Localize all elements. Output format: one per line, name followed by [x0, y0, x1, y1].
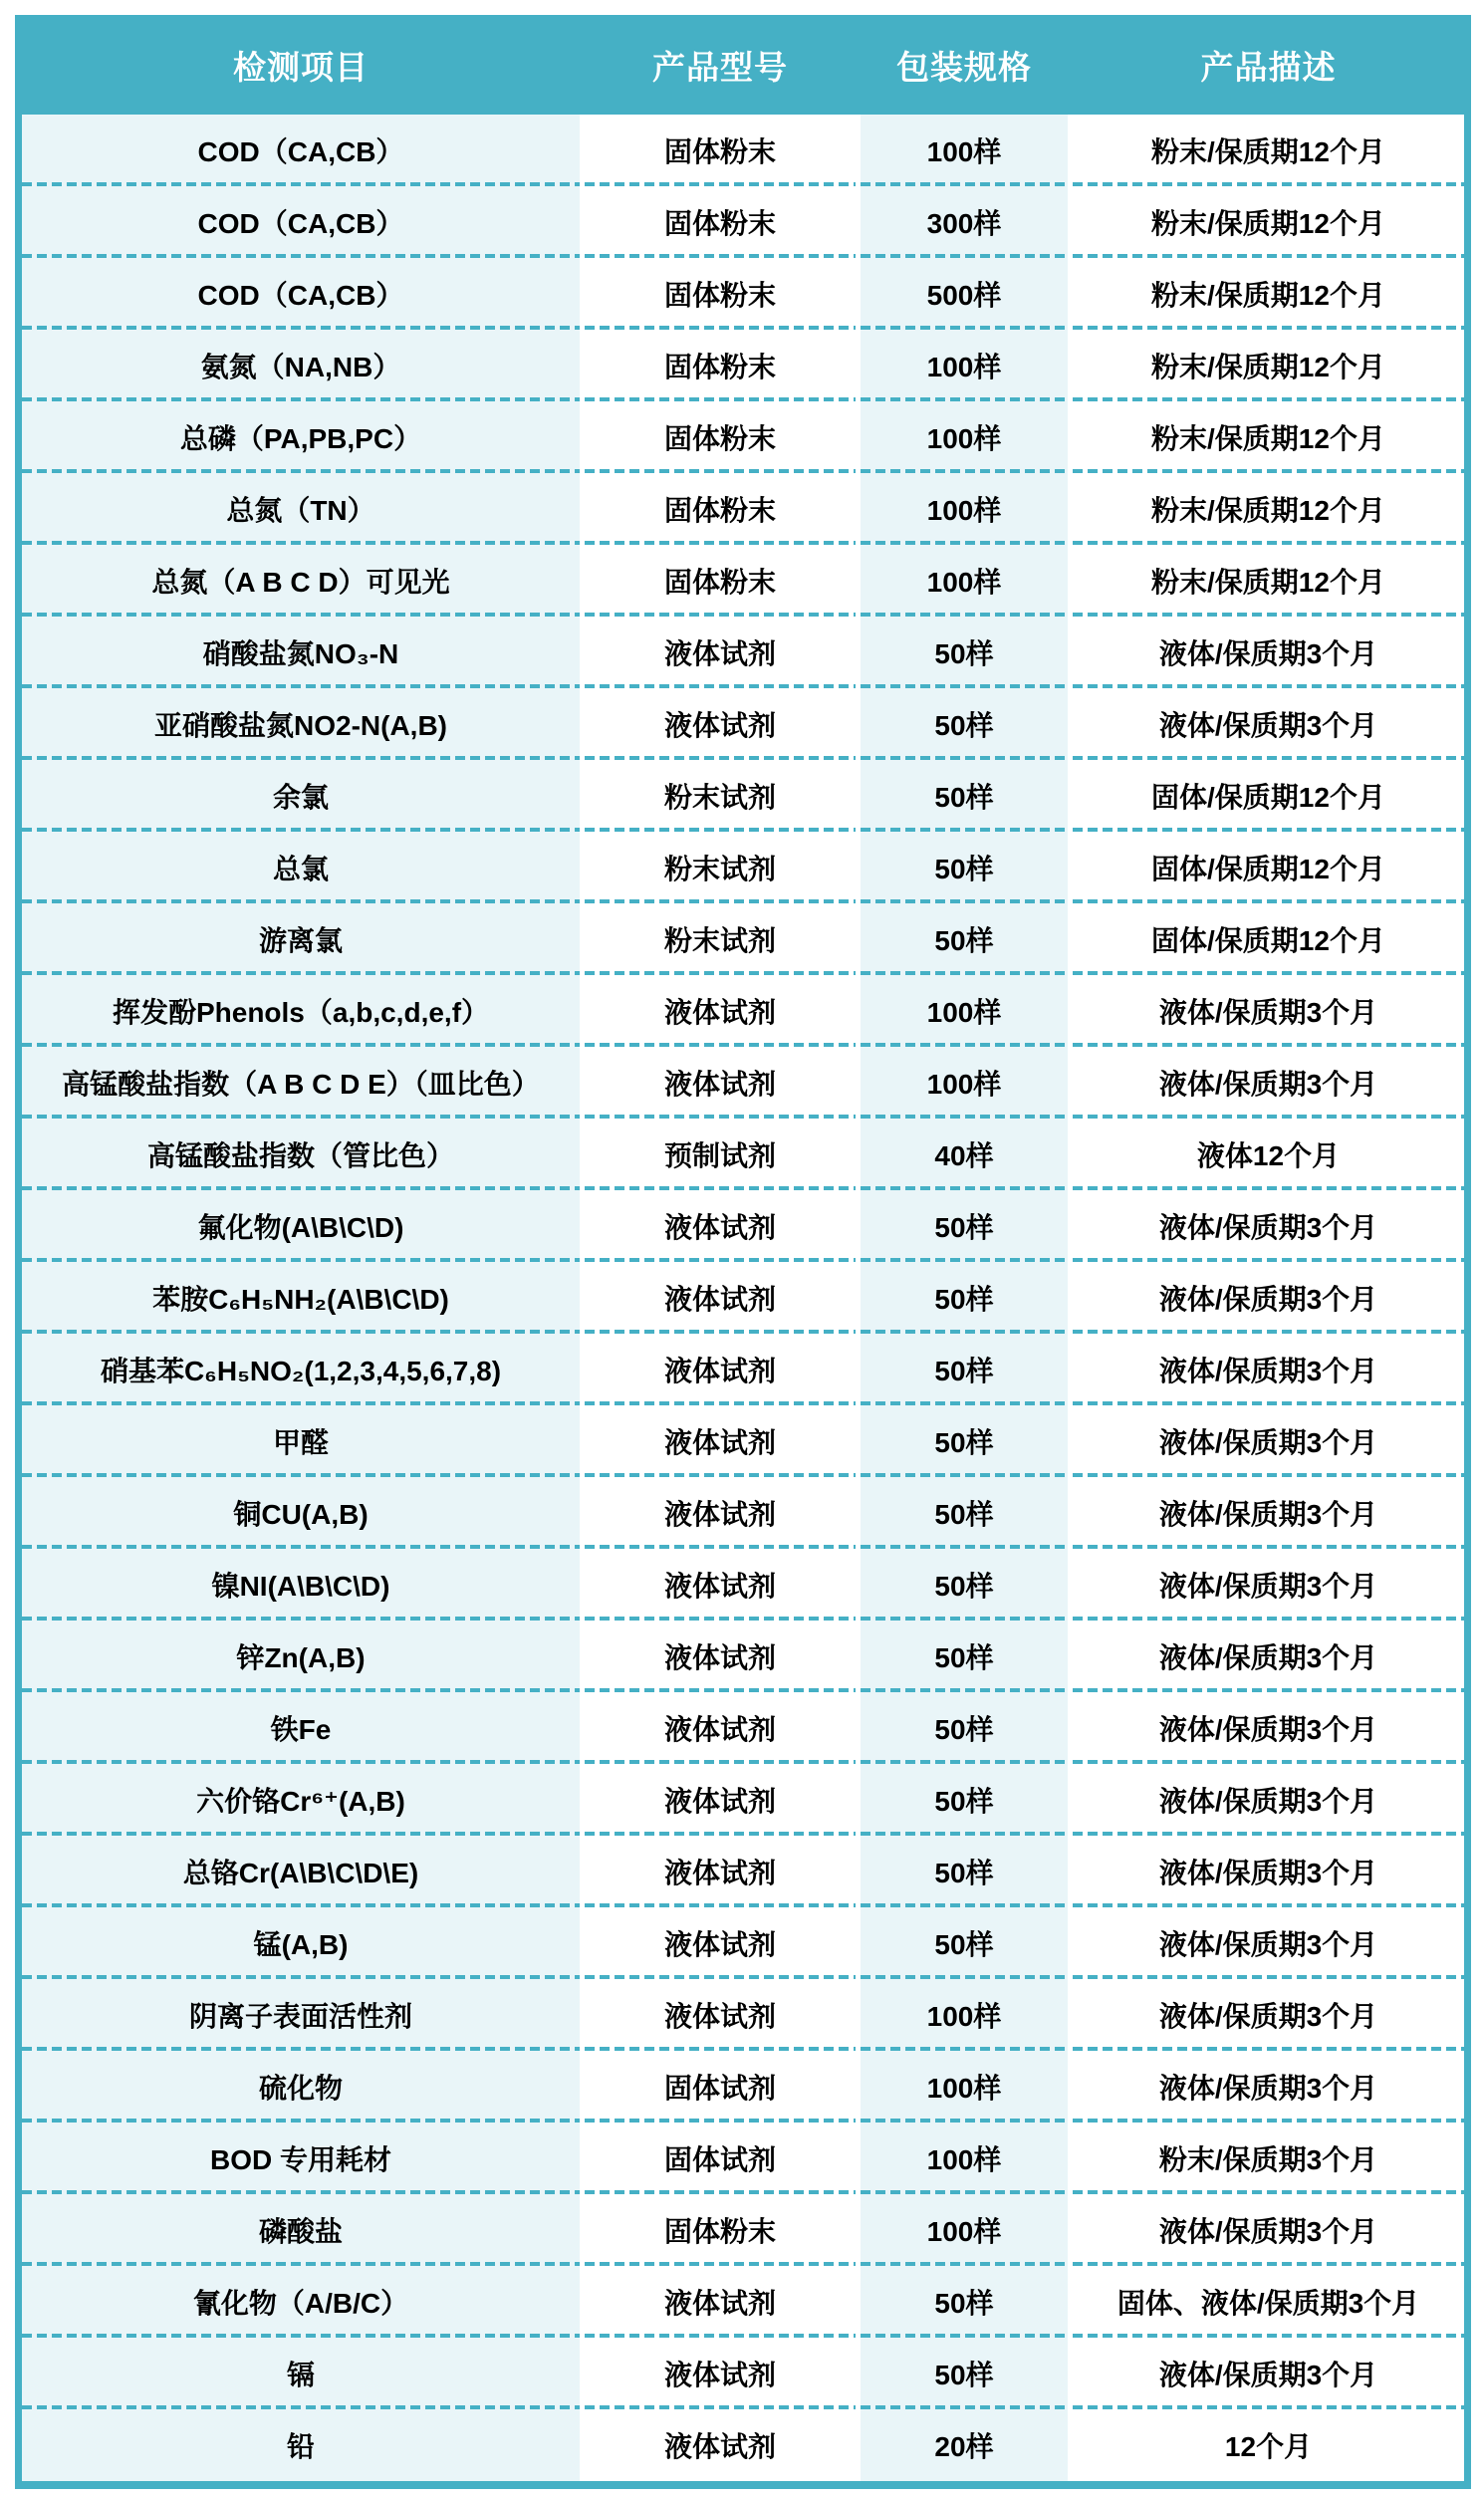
cell-product-desc: 液体/保质期3个月 — [1073, 1549, 1464, 1621]
cell-product-desc: 粉末/保质期12个月 — [1073, 401, 1464, 473]
cell-test-item: 游离氯 — [22, 903, 580, 975]
cell-product-desc: 粉末/保质期3个月 — [1073, 2123, 1464, 2194]
cell-product-desc: 粉末/保质期12个月 — [1073, 545, 1464, 617]
cell-package-spec: 100样 — [861, 2194, 1068, 2266]
cell-test-item: COD（CA,CB） — [22, 258, 580, 330]
product-spec-table: 检测项目 产品型号 包装规格 产品描述 COD（CA,CB） 固体粉末 100样… — [15, 15, 1471, 2489]
cell-product-desc: 液体/保质期3个月 — [1073, 1334, 1464, 1405]
cell-product-desc: 液体/保质期3个月 — [1073, 2051, 1464, 2123]
cell-product-model: 液体试剂 — [585, 2409, 856, 2481]
cell-product-desc: 12个月 — [1073, 2409, 1464, 2481]
cell-product-desc: 固体/保质期12个月 — [1073, 903, 1464, 975]
cell-test-item: 余氯 — [22, 760, 580, 832]
table-row: 镉 液体试剂 50样 液体/保质期3个月 — [22, 2338, 1464, 2409]
cell-product-desc: 液体/保质期3个月 — [1073, 1621, 1464, 1692]
cell-package-spec: 50样 — [861, 1334, 1068, 1405]
table-row: 铅 液体试剂 20样 12个月 — [22, 2409, 1464, 2481]
cell-test-item: 亚硝酸盐氮NO2-N(A,B) — [22, 688, 580, 760]
cell-package-spec: 100样 — [861, 2123, 1068, 2194]
table-row: 高锰酸盐指数（管比色） 预制试剂 40样 液体12个月 — [22, 1119, 1464, 1190]
cell-test-item: 氰化物（A/B/C） — [22, 2266, 580, 2338]
cell-package-spec: 50样 — [861, 1907, 1068, 1979]
table-row: 甲醛 液体试剂 50样 液体/保质期3个月 — [22, 1405, 1464, 1477]
cell-product-model: 液体试剂 — [585, 1549, 856, 1621]
cell-product-model: 固体粉末 — [585, 258, 856, 330]
cell-product-model: 预制试剂 — [585, 1119, 856, 1190]
cell-test-item: 硝酸盐氮NO₃-N — [22, 617, 580, 688]
cell-product-model: 粉末试剂 — [585, 832, 856, 903]
table-row: 阴离子表面活性剂 液体试剂 100样 液体/保质期3个月 — [22, 1979, 1464, 2051]
cell-product-desc: 液体/保质期3个月 — [1073, 1477, 1464, 1549]
cell-product-model: 液体试剂 — [585, 1262, 856, 1334]
cell-product-desc: 液体/保质期3个月 — [1073, 1979, 1464, 2051]
cell-test-item: 镍NI(A\B\C\D) — [22, 1549, 580, 1621]
table-row: COD（CA,CB） 固体粉末 300样 粉末/保质期12个月 — [22, 186, 1464, 258]
cell-package-spec: 100样 — [861, 1047, 1068, 1119]
cell-test-item: 总氮（A B C D）可见光 — [22, 545, 580, 617]
cell-test-item: 总磷（PA,PB,PC） — [22, 401, 580, 473]
table-row: 总氮（A B C D）可见光 固体粉末 100样 粉末/保质期12个月 — [22, 545, 1464, 617]
cell-package-spec: 100样 — [861, 330, 1068, 401]
cell-product-model: 固体粉末 — [585, 473, 856, 545]
cell-test-item: 硝基苯C₆H₅NO₂(1,2,3,4,5,6,7,8) — [22, 1334, 580, 1405]
table-row: 总氮（TN） 固体粉末 100样 粉末/保质期12个月 — [22, 473, 1464, 545]
cell-product-desc: 粉末/保质期12个月 — [1073, 186, 1464, 258]
cell-test-item: 总氯 — [22, 832, 580, 903]
cell-package-spec: 50样 — [861, 2266, 1068, 2338]
cell-product-desc: 固体/保质期12个月 — [1073, 832, 1464, 903]
cell-product-desc: 液体12个月 — [1073, 1119, 1464, 1190]
cell-product-model: 液体试剂 — [585, 1764, 856, 1836]
cell-test-item: 铁Fe — [22, 1692, 580, 1764]
cell-test-item: 镉 — [22, 2338, 580, 2409]
cell-product-model: 粉末试剂 — [585, 903, 856, 975]
cell-product-desc: 液体/保质期3个月 — [1073, 2338, 1464, 2409]
table-row: 高锰酸盐指数（A B C D E）（皿比色） 液体试剂 100样 液体/保质期3… — [22, 1047, 1464, 1119]
cell-package-spec: 50样 — [861, 617, 1068, 688]
cell-product-desc: 液体/保质期3个月 — [1073, 975, 1464, 1047]
cell-product-desc: 液体/保质期3个月 — [1073, 1262, 1464, 1334]
cell-product-model: 固体试剂 — [585, 2051, 856, 2123]
cell-product-model: 液体试剂 — [585, 688, 856, 760]
cell-package-spec: 50样 — [861, 1190, 1068, 1262]
cell-package-spec: 50样 — [861, 760, 1068, 832]
cell-product-model: 固体粉末 — [585, 545, 856, 617]
table-row: 锌Zn(A,B) 液体试剂 50样 液体/保质期3个月 — [22, 1621, 1464, 1692]
cell-product-desc: 液体/保质期3个月 — [1073, 1190, 1464, 1262]
cell-product-model: 液体试剂 — [585, 617, 856, 688]
cell-product-model: 液体试剂 — [585, 1692, 856, 1764]
cell-product-model: 液体试剂 — [585, 1047, 856, 1119]
cell-product-desc: 液体/保质期3个月 — [1073, 1764, 1464, 1836]
cell-package-spec: 50样 — [861, 1477, 1068, 1549]
cell-product-model: 液体试剂 — [585, 1190, 856, 1262]
cell-product-desc: 固体/保质期12个月 — [1073, 760, 1464, 832]
cell-product-model: 固体粉末 — [585, 2194, 856, 2266]
table-row: 六价铬Cr⁶⁺(A,B) 液体试剂 50样 液体/保质期3个月 — [22, 1764, 1464, 1836]
cell-product-model: 粉末试剂 — [585, 760, 856, 832]
cell-test-item: 高锰酸盐指数（A B C D E）（皿比色） — [22, 1047, 580, 1119]
cell-product-model: 液体试剂 — [585, 975, 856, 1047]
cell-package-spec: 100样 — [861, 401, 1068, 473]
cell-package-spec: 50样 — [861, 1405, 1068, 1477]
cell-product-desc: 液体/保质期3个月 — [1073, 688, 1464, 760]
cell-package-spec: 50样 — [861, 832, 1068, 903]
cell-product-model: 固体粉末 — [585, 401, 856, 473]
cell-package-spec: 50样 — [861, 903, 1068, 975]
cell-product-desc: 固体、液体/保质期3个月 — [1073, 2266, 1464, 2338]
table-row: 铜CU(A,B) 液体试剂 50样 液体/保质期3个月 — [22, 1477, 1464, 1549]
table-row: 镍NI(A\B\C\D) 液体试剂 50样 液体/保质期3个月 — [22, 1549, 1464, 1621]
cell-test-item: 甲醛 — [22, 1405, 580, 1477]
table-row: 亚硝酸盐氮NO2-N(A,B) 液体试剂 50样 液体/保质期3个月 — [22, 688, 1464, 760]
table-row: 氨氮（NA,NB） 固体粉末 100样 粉末/保质期12个月 — [22, 330, 1464, 401]
column-header-test-item: 检测项目 — [22, 15, 580, 115]
cell-test-item: 总铬Cr(A\B\C\D\E) — [22, 1836, 580, 1907]
table-row: 硝基苯C₆H₅NO₂(1,2,3,4,5,6,7,8) 液体试剂 50样 液体/… — [22, 1334, 1464, 1405]
cell-test-item: 氟化物(A\B\C\D) — [22, 1190, 580, 1262]
table-row: COD（CA,CB） 固体粉末 500样 粉末/保质期12个月 — [22, 258, 1464, 330]
cell-test-item: 苯胺C₆H₅NH₂(A\B\C\D) — [22, 1262, 580, 1334]
table-row: 硫化物 固体试剂 100样 液体/保质期3个月 — [22, 2051, 1464, 2123]
cell-package-spec: 50样 — [861, 1549, 1068, 1621]
cell-package-spec: 50样 — [861, 1621, 1068, 1692]
table-row: 游离氯 粉末试剂 50样 固体/保质期12个月 — [22, 903, 1464, 975]
cell-package-spec: 100样 — [861, 115, 1068, 186]
cell-product-desc: 液体/保质期3个月 — [1073, 1907, 1464, 1979]
cell-package-spec: 100样 — [861, 473, 1068, 545]
cell-product-model: 液体试剂 — [585, 1621, 856, 1692]
cell-product-model: 固体粉末 — [585, 186, 856, 258]
cell-test-item: 总氮（TN） — [22, 473, 580, 545]
table-body: COD（CA,CB） 固体粉末 100样 粉末/保质期12个月 COD（CA,C… — [22, 115, 1464, 2481]
cell-package-spec: 100样 — [861, 1979, 1068, 2051]
cell-test-item: 锰(A,B) — [22, 1907, 580, 1979]
cell-test-item: 硫化物 — [22, 2051, 580, 2123]
cell-product-desc: 粉末/保质期12个月 — [1073, 330, 1464, 401]
cell-product-model: 液体试剂 — [585, 2266, 856, 2338]
cell-package-spec: 50样 — [861, 1764, 1068, 1836]
table-row: 余氯 粉末试剂 50样 固体/保质期12个月 — [22, 760, 1464, 832]
cell-package-spec: 50样 — [861, 688, 1068, 760]
cell-test-item: 挥发酚Phenols（a,b,c,d,e,f） — [22, 975, 580, 1047]
cell-test-item: 高锰酸盐指数（管比色） — [22, 1119, 580, 1190]
cell-product-model: 液体试剂 — [585, 1979, 856, 2051]
cell-test-item: 六价铬Cr⁶⁺(A,B) — [22, 1764, 580, 1836]
cell-package-spec: 20样 — [861, 2409, 1068, 2481]
column-header-product-desc: 产品描述 — [1073, 15, 1464, 115]
cell-test-item: 阴离子表面活性剂 — [22, 1979, 580, 2051]
cell-package-spec: 100样 — [861, 2051, 1068, 2123]
cell-product-model: 液体试剂 — [585, 1907, 856, 1979]
column-header-product-model: 产品型号 — [585, 15, 856, 115]
table-row: 铁Fe 液体试剂 50样 液体/保质期3个月 — [22, 1692, 1464, 1764]
column-header-package-spec: 包装规格 — [861, 15, 1068, 115]
cell-product-desc: 液体/保质期3个月 — [1073, 1836, 1464, 1907]
cell-package-spec: 100样 — [861, 545, 1068, 617]
table-row: BOD 专用耗材 固体试剂 100样 粉末/保质期3个月 — [22, 2123, 1464, 2194]
table-row: 挥发酚Phenols（a,b,c,d,e,f） 液体试剂 100样 液体/保质期… — [22, 975, 1464, 1047]
cell-package-spec: 500样 — [861, 258, 1068, 330]
cell-package-spec: 50样 — [861, 1262, 1068, 1334]
cell-product-desc: 液体/保质期3个月 — [1073, 1047, 1464, 1119]
table-row: 总氯 粉末试剂 50样 固体/保质期12个月 — [22, 832, 1464, 903]
table-row: 总磷（PA,PB,PC） 固体粉末 100样 粉末/保质期12个月 — [22, 401, 1464, 473]
cell-test-item: 氨氮（NA,NB） — [22, 330, 580, 401]
table-row: 苯胺C₆H₅NH₂(A\B\C\D) 液体试剂 50样 液体/保质期3个月 — [22, 1262, 1464, 1334]
table-row: 硝酸盐氮NO₃-N 液体试剂 50样 液体/保质期3个月 — [22, 617, 1464, 688]
cell-test-item: BOD 专用耗材 — [22, 2123, 580, 2194]
table-header-row: 检测项目 产品型号 包装规格 产品描述 — [22, 15, 1464, 115]
cell-product-model: 液体试剂 — [585, 1836, 856, 1907]
cell-test-item: 磷酸盐 — [22, 2194, 580, 2266]
cell-package-spec: 100样 — [861, 975, 1068, 1047]
cell-product-desc: 粉末/保质期12个月 — [1073, 258, 1464, 330]
cell-product-model: 液体试剂 — [585, 2338, 856, 2409]
cell-product-desc: 粉末/保质期12个月 — [1073, 473, 1464, 545]
table-row: 锰(A,B) 液体试剂 50样 液体/保质期3个月 — [22, 1907, 1464, 1979]
cell-test-item: COD（CA,CB） — [22, 186, 580, 258]
cell-test-item: 锌Zn(A,B) — [22, 1621, 580, 1692]
cell-package-spec: 50样 — [861, 1692, 1068, 1764]
cell-test-item: 铜CU(A,B) — [22, 1477, 580, 1549]
cell-product-desc: 液体/保质期3个月 — [1073, 1405, 1464, 1477]
cell-package-spec: 50样 — [861, 2338, 1068, 2409]
table-row: 总铬Cr(A\B\C\D\E) 液体试剂 50样 液体/保质期3个月 — [22, 1836, 1464, 1907]
cell-product-desc: 液体/保质期3个月 — [1073, 1692, 1464, 1764]
cell-product-model: 固体试剂 — [585, 2123, 856, 2194]
cell-product-desc: 液体/保质期3个月 — [1073, 617, 1464, 688]
cell-product-model: 液体试剂 — [585, 1477, 856, 1549]
cell-product-model: 固体粉末 — [585, 115, 856, 186]
cell-product-desc: 粉末/保质期12个月 — [1073, 115, 1464, 186]
cell-product-desc: 液体/保质期3个月 — [1073, 2194, 1464, 2266]
cell-package-spec: 40样 — [861, 1119, 1068, 1190]
cell-product-model: 液体试剂 — [585, 1405, 856, 1477]
table-row: COD（CA,CB） 固体粉末 100样 粉末/保质期12个月 — [22, 115, 1464, 186]
cell-test-item: COD（CA,CB） — [22, 115, 580, 186]
cell-package-spec: 300样 — [861, 186, 1068, 258]
table-row: 氰化物（A/B/C） 液体试剂 50样 固体、液体/保质期3个月 — [22, 2266, 1464, 2338]
table-row: 磷酸盐 固体粉末 100样 液体/保质期3个月 — [22, 2194, 1464, 2266]
cell-test-item: 铅 — [22, 2409, 580, 2481]
cell-product-model: 固体粉末 — [585, 330, 856, 401]
cell-product-model: 液体试剂 — [585, 1334, 856, 1405]
cell-package-spec: 50样 — [861, 1836, 1068, 1907]
table-row: 氟化物(A\B\C\D) 液体试剂 50样 液体/保质期3个月 — [22, 1190, 1464, 1262]
